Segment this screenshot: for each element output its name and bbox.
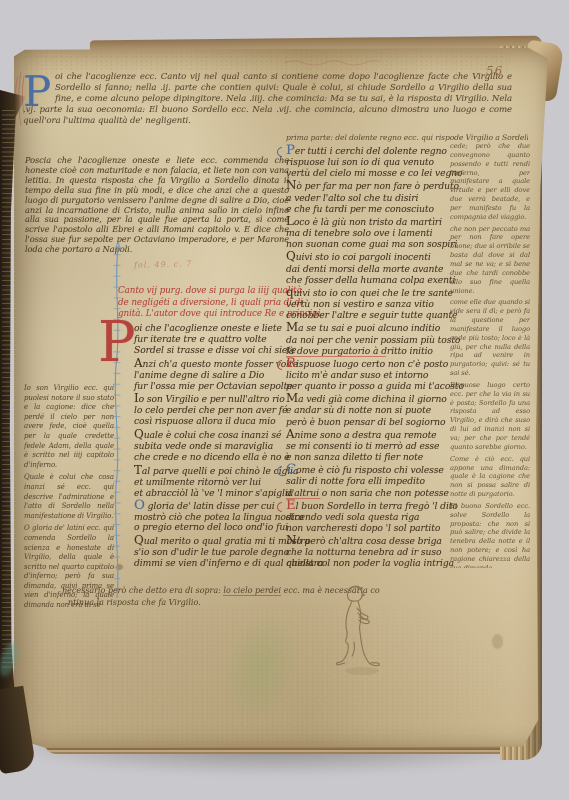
verse-line: Sordel si trasse e disse voi chi siete xyxy=(134,346,294,357)
rubric-line: de negligéti a diversione, li quali pria… xyxy=(118,298,294,310)
canto-rubric: Canto vij purg. dove si purga la iiij qu… xyxy=(118,286,294,321)
verse-line: così rispuose allora il duca mio xyxy=(134,417,294,428)
ink-stain xyxy=(492,634,503,649)
verse-line: ma di tenebre solo ove i lamenti xyxy=(286,228,458,239)
red-underlined-phrase: lo cielo perdei xyxy=(223,586,281,596)
folio-reference-note: fol. 49. c. 7 xyxy=(134,259,193,270)
margin-gloss-left: Io son Virgilio ecc. qui puolesi notare … xyxy=(24,384,114,618)
verse-line: e non sanza diletto ti fier note xyxy=(286,452,458,463)
faded-red-titulus-mark xyxy=(282,57,382,67)
commentary-paragraph: Poscia che l'acoglienze oneste e liete e… xyxy=(25,156,289,254)
verse-line: e che fu tardi per me conosciuto xyxy=(286,204,458,215)
verse-line: El buon Sordello in terra fregò 'l dito xyxy=(286,500,458,512)
manuscript-page: 56 Poi che l'acoglienze ecc. Canto vij n… xyxy=(14,48,550,748)
verse-line: che fosser della humana colpa exenti xyxy=(286,275,458,286)
verse-line: o pregio eterno del loco ond'io fui xyxy=(134,523,294,534)
verse-line: Nò però ch'altra cosa desse briga xyxy=(286,535,458,547)
verse-line: Nò per far ma per non fare ò perduto xyxy=(286,180,458,192)
canto-initial-letter: P xyxy=(98,316,134,370)
gloss-paragraph: El buono Sordello ecc. solve Sordello la… xyxy=(450,502,530,568)
verse-line: et abracciòl là 've 'l minor s'apiglia xyxy=(134,489,294,500)
verse-line: conobber l'altre e seguir tutte quante xyxy=(286,310,458,321)
verse-line: per quanto ir posso a guida mi t'acosto xyxy=(286,381,458,392)
verse-line: salir di notte fora elli impedito xyxy=(286,476,458,487)
verse-line: Anime sono a destra qua remote xyxy=(286,429,458,441)
verse-line: licito m'è andar suso et intorno xyxy=(286,370,458,381)
verse-line: non varcheresti dopo 'l sol partito xyxy=(286,523,458,534)
verse-line: Ma se tu sai e puoi alcuno inditio xyxy=(286,322,458,334)
verse-line: Ma vedi già come dichina il giorno xyxy=(286,393,458,405)
verse-line: da noi per che venir possiam più tosto xyxy=(286,335,458,346)
manuscript-photo: { "ms": { "folio_number": "56", "colors"… xyxy=(0,0,569,800)
rubric-line: gnità. L'autor dove qui introduce Re e p… xyxy=(118,309,294,321)
gloss-paragraph: Io son Virgilio ecc. qui puolesi notare … xyxy=(24,384,114,470)
verse-line: dai denti morsi della morte avante xyxy=(286,264,458,275)
verse-line: Per tutti i cerchi del dolente regno xyxy=(286,145,458,157)
header-summary: Poi che l'acoglienze ecc. Canto vij nel … xyxy=(23,72,512,138)
verse-line: vertù del cielo mi mosse e co lei vegno xyxy=(286,168,458,179)
gloss-paragraph: cede; però che due convegnono quanto pos… xyxy=(450,142,530,222)
verse-column-right: Per tutti i cerchi del dolente regnorisp… xyxy=(286,144,458,570)
verse-line: là dove purgatorio à dritto initio xyxy=(286,346,458,357)
verse-line: Loco è là giù non tristo da martìri xyxy=(286,216,458,228)
verse-line: e andar sù di notte non si puote xyxy=(286,405,458,416)
gloss-paragraph: Rispuose luogo certo ecc. per che la via… xyxy=(450,381,530,452)
verse-line: non suonan come guai ma son sospiri xyxy=(286,239,458,250)
verse-line: che la notturna tenebra ad ir suso xyxy=(286,547,458,558)
gloss-paragraph: come elle due quando si vide sera il dì;… xyxy=(450,298,530,378)
verse-line: quella col non poder la voglia intriga xyxy=(286,558,458,569)
verse-line: però è buon pensar di bel sogiorno xyxy=(286,417,458,428)
verse-line: rispuose lui son io di qua venuto xyxy=(286,157,458,168)
gloss-paragraph: che non per peccato ma per non fare oper… xyxy=(450,225,530,296)
facing-leaf-text-lines xyxy=(2,110,15,670)
walking-man-drawing xyxy=(332,584,390,676)
verse-line: dicendo vedi sola questa riga xyxy=(286,512,458,523)
verse-line: Rispuose luogo certo non c'è posto xyxy=(286,358,458,370)
header-text: oi che l'acoglienze ecc. Canto vij nel q… xyxy=(23,72,512,126)
verse-line: d'altrui o non saria che non potesse xyxy=(286,488,458,499)
gloss-paragraph: Quale è colui che cosa inanzi sé ecc. qu… xyxy=(24,473,114,521)
verse-line: quivi sto io con quei che le tre sante xyxy=(286,287,458,299)
verse-line: vertù non si vestiro e sanza vitio xyxy=(286,299,458,310)
verse-line: a veder l'alto sol che tu disiri xyxy=(286,193,458,204)
rubric-line: Canto vij purg. dove si purga la iiij qu… xyxy=(118,286,294,298)
verse-line: dimmi se vien d'inferno e di qual chiost… xyxy=(134,559,294,570)
margin-gloss-right: cede; però che due convegnono quanto pos… xyxy=(450,142,530,568)
gloss-paragraph: Come è ciò ecc. qui appone una dimanda: … xyxy=(450,455,530,499)
verse-line: che crede e no dicendo ella è no è xyxy=(134,453,294,464)
verse-line: fur l'ossa mie per Octavian sepolte xyxy=(134,382,294,393)
verse-line: Quivi sto io coi pargoli inocenti xyxy=(286,251,458,263)
verse-line: Come è ciò fu risposto chi volesse xyxy=(286,464,458,476)
green-stain xyxy=(212,606,309,732)
verse-line: se mi consenti io ti merrò ad esse xyxy=(286,441,458,452)
verse-column-left: oi che l'acoglienze oneste e lietefur it… xyxy=(134,324,294,570)
